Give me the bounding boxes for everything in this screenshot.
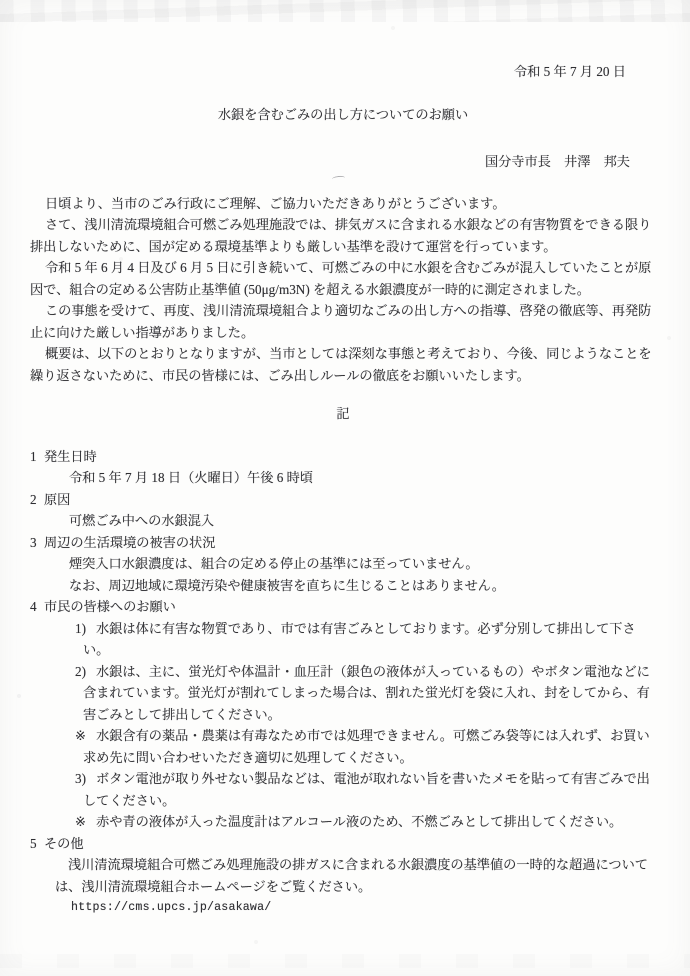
section-heading: その他 <box>44 836 84 851</box>
item-marker: 3) <box>75 771 96 786</box>
section-citizen-requests: 4市民の皆様へのお願い 1)水銀は体に有害な物質であり、市では有害ごみとしており… <box>30 596 656 833</box>
paragraph-request: 概要は、以下のとおりとなりますが、当市としては深刻な事態と考えており、今後、同じ… <box>30 343 656 386</box>
paragraph-facility-operation: さて、浅川清流環境組合可燃ごみ処理施設では、排気ガスに含まれる水銀などの有害物質… <box>30 214 656 257</box>
signature-mayor: 国分寺市長 井澤 邦夫 <box>30 151 656 173</box>
paragraph-guidance: この事態を受けて、再度、浅川清流環境組合より適切なごみの出し方への指導、啓発の徹… <box>30 300 656 343</box>
section-number: 4 <box>30 596 44 618</box>
section-heading-row: 4市民の皆様へのお願い <box>30 596 656 618</box>
document-date: 令和 5 年 7 月 20 日 <box>30 61 656 83</box>
section-line: 可燃ごみ中への水銀混入 <box>69 510 656 532</box>
item-marker: 2) <box>75 664 96 679</box>
section-heading-row: 3周辺の生活環境の被害の状況 <box>30 532 656 554</box>
section-number: 3 <box>30 532 44 554</box>
item-text: 水銀は体に有害な物質であり、市では有害ごみとしております。必ず分別して排出して下… <box>83 621 636 658</box>
section-heading-row: 1発生日時 <box>30 446 656 468</box>
scanned-document-page: 令和 5 年 7 月 20 日 水銀を含むごみの出し方についてのお願い 国分寺市… <box>0 0 690 976</box>
section-number: 5 <box>30 833 44 855</box>
item-text: 水銀含有の薬品・農薬は有毒なため市では処理できません。可燃ごみ袋等には入れず、お… <box>83 728 650 765</box>
list-item-mercury-products: 2)水銀は、主に、蛍光灯や体温計・血圧計（銀色の液体が入っているもの）やボタン電… <box>83 661 656 726</box>
section-heading: 市民の皆様へのお願い <box>44 599 176 614</box>
section-line: なお、周辺地域に環境汚染や健康被害を直ちに生じることはありません。 <box>69 575 656 597</box>
list-item-button-batteries: 3)ボタン電池が取り外せない製品などは、電池が取れない旨を書いたメモを貼って有害… <box>83 768 656 811</box>
section-occurrence-datetime: 1発生日時 令和 5 年 7 月 18 日（火曜日）午後 6 時頃 <box>30 446 656 489</box>
list-note-chemicals: ※水銀含有の薬品・農薬は有毒なため市では処理できません。可燃ごみ袋等には入れず、… <box>83 725 656 768</box>
section-line: 令和 5 年 7 月 18 日（火曜日）午後 6 時頃 <box>69 467 656 489</box>
section-paragraph: 浅川清流環境組合可燃ごみ処理施設の排ガスに含まれる水銀濃度の基準値の一時的な超過… <box>55 854 656 897</box>
section-heading: 発生日時 <box>44 449 97 464</box>
section-environmental-impact: 3周辺の生活環境の被害の状況 煙突入口水銀濃度は、組合の定める停止の基準には至っ… <box>30 532 656 597</box>
scan-noise-top <box>0 0 690 22</box>
homepage-url: https://cms.upcs.jp/asakawa/ <box>71 897 656 919</box>
section-number: 2 <box>30 489 44 511</box>
section-cause: 2原因 可燃ごみ中への水銀混入 <box>30 489 656 532</box>
list-item-separate-disposal: 1)水銀は体に有害な物質であり、市では有害ごみとしております。必ず分別して排出し… <box>83 618 656 661</box>
document-title: 水銀を含むごみの出し方についてのお願い <box>30 104 656 126</box>
section-heading: 原因 <box>44 492 70 507</box>
item-text: 赤や青の液体が入った温度計はアルコール液のため、不燃ごみとして排出してください。 <box>96 814 622 829</box>
list-note-thermometers: ※赤や青の液体が入った温度計はアルコール液のため、不燃ごみとして排出してください… <box>83 811 656 833</box>
item-marker: ※ <box>75 728 96 743</box>
section-other: 5その他 浅川清流環境組合可燃ごみ処理施設の排ガスに含まれる水銀濃度の基準値の一… <box>30 833 656 919</box>
record-marker: 記 <box>30 403 656 425</box>
item-text: 水銀は、主に、蛍光灯や体温計・血圧計（銀色の液体が入っているもの）やボタン電池な… <box>83 664 650 722</box>
sections-list: 1発生日時 令和 5 年 7 月 18 日（火曜日）午後 6 時頃 2原因 可燃… <box>30 446 656 919</box>
item-marker: ※ <box>75 814 96 829</box>
document-content: 令和 5 年 7 月 20 日 水銀を含むごみの出し方についてのお願い 国分寺市… <box>0 61 690 919</box>
body-paragraphs: 日頃より、当市のごみ行政にご理解、ご協力いただきありがとうございます。 さて、浅… <box>30 193 656 387</box>
paragraph-incident: 令和 5 年 6 月 4 日及び 6 月 5 日に引き続いて、可燃ごみの中に水銀… <box>30 257 656 300</box>
scan-speckles <box>0 0 2 2</box>
section-line: 煙突入口水銀濃度は、組合の定める停止の基準には至っていません。 <box>69 553 656 575</box>
item-text: ボタン電池が取り外せない製品などは、電池が取れない旨を書いたメモを貼って有害ごみ… <box>83 771 650 808</box>
section-heading-row: 2原因 <box>30 489 656 511</box>
paragraph-greeting: 日頃より、当市のごみ行政にご理解、ご協力いただきありがとうございます。 <box>30 193 656 215</box>
section-heading-row: 5その他 <box>30 833 656 855</box>
scan-noise-bottom <box>0 954 690 968</box>
section-heading: 周辺の生活環境の被害の状況 <box>44 535 215 550</box>
item-marker: 1) <box>75 621 96 636</box>
section-number: 1 <box>30 446 44 468</box>
